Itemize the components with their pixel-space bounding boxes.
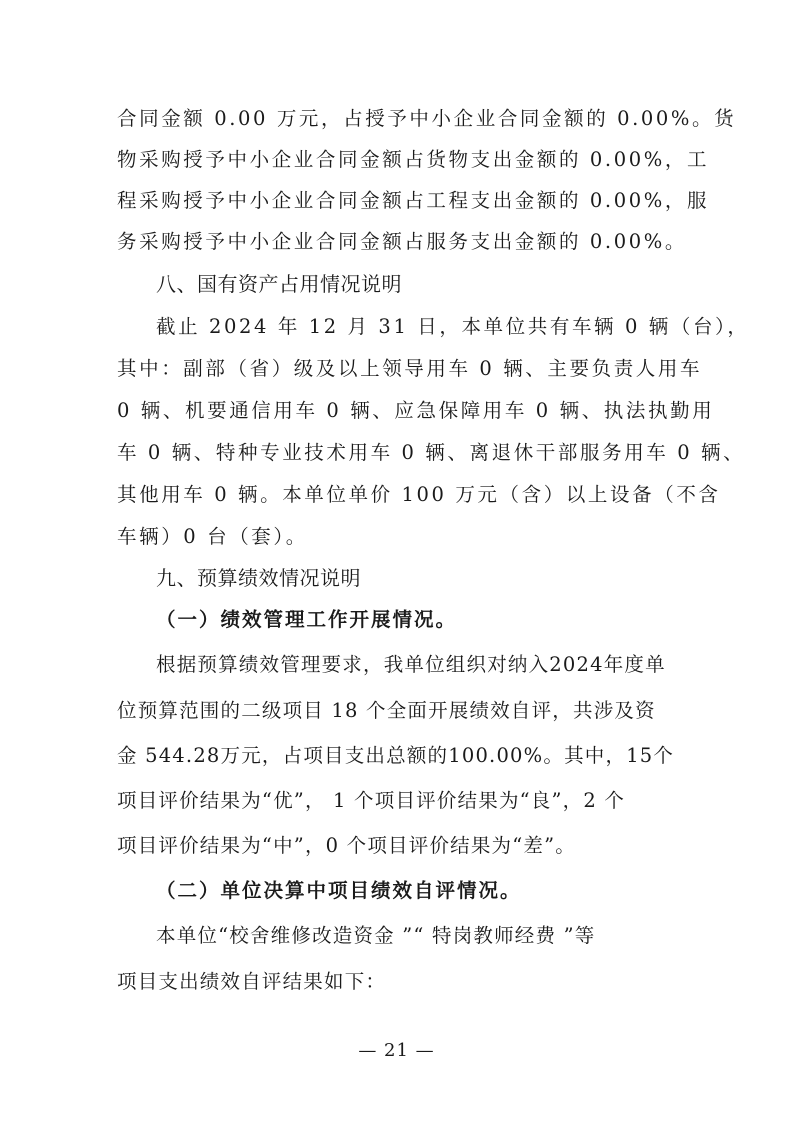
section-9-sub1-heading: （一）绩效管理工作开展情况。 <box>156 605 716 635</box>
project-self-eval-line-2: 项目支出绩效自评结果如下： <box>117 967 677 997</box>
page-number: — 21 — <box>0 1040 793 1061</box>
performance-line-4: 项目评价结果为“优”， 1 个项目评价结果为“良”，2 个 <box>117 786 677 816</box>
performance-line-2: 位预算范围的二级项目 18 个全面开展绩效自评，共涉及资 <box>117 696 677 726</box>
document-page-lower: 九、预算绩效情况说明 （一）绩效管理工作开展情况。 根据预算绩效管理要求，我单位… <box>0 0 793 1122</box>
performance-line-3: 金 544.28万元，占项目支出总额的100.00%。其中，15个 <box>117 741 677 771</box>
project-self-eval-line-1: 本单位“校舍维修改造资金 ”“ 特岗教师经费 ”等 <box>156 921 716 951</box>
performance-line-1: 根据预算绩效管理要求，我单位组织对纳入2024年度单 <box>156 650 716 680</box>
section-9-sub2-heading: （二）单位决算中项目绩效自评情况。 <box>156 876 716 906</box>
performance-line-5: 项目评价结果为“中”，0 个项目评价结果为“差”。 <box>117 831 677 861</box>
section-9-heading: 九、预算绩效情况说明 <box>156 563 716 593</box>
